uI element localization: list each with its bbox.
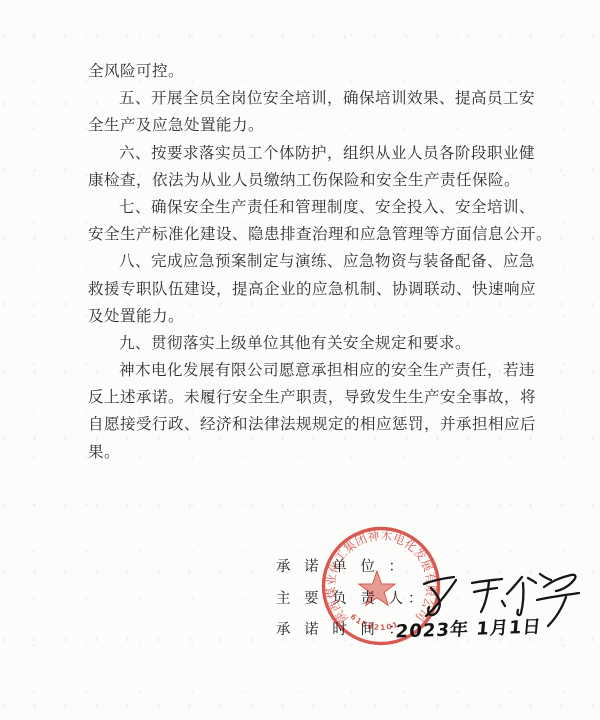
body-line: 反上述承诺。未履行安全生产职责，导致发生生产安全事故，将: [88, 384, 558, 411]
body-line: 六、按要求落实员工个体防护，组织从业人员各阶段职业健: [88, 140, 558, 167]
body-line: 自愿接受行政、经济和法律法规规定的相应惩罚，并承担相应后: [88, 411, 558, 438]
responsible-person-row: 主 要 负 责 人：: [276, 584, 428, 616]
body-line: 神木电化发展有限公司愿意承担相应的安全生产责任，若违: [88, 357, 558, 384]
body-line: 及处置能力。: [88, 303, 558, 330]
commitment-time-label: 承 诺 时 间 ：: [276, 622, 408, 638]
body-line: 五、开展全员全岗位安全培训，确保培训效果、提高员工安: [88, 85, 558, 112]
body-line: 全生产及应急处置能力。: [88, 112, 558, 139]
body-line: 康检查，依法为从业人员缴纳工伤保险和安全生产责任保险。: [88, 167, 558, 194]
body-line: 果。: [88, 439, 558, 466]
body-line: 八、完成应急预案制定与演练、应急物资与装备配备、应急: [88, 248, 558, 275]
commitment-unit-label: 承 诺 单 位 ：: [276, 559, 408, 575]
body-line: 全风险可控。: [88, 58, 558, 85]
body-line: 安全生产标准化建设、隐患排查治理和应急管理等方面信息公开。: [88, 221, 558, 248]
responsible-person-label: 主 要 负 责 人：: [276, 591, 428, 607]
document-page: 全风险可控。 五、开展全员全岗位安全培训，确保培训效果、提高员工安 全生产及应急…: [0, 0, 600, 720]
body-line: 九、贯彻落实上级单位其他有关安全规定和要求。: [88, 330, 558, 357]
body-text: 全风险可控。 五、开展全员全岗位安全培训，确保培训效果、提高员工安 全生产及应急…: [88, 58, 558, 466]
handwritten-date: 2023年 1月1日: [395, 612, 543, 643]
body-line: 救援专职队伍建设，提高企业的应急机制、协调联动、快速响应: [88, 276, 558, 303]
body-line: 七、确保安全生产责任和管理制度、安全投入、安全培训、: [88, 194, 558, 221]
commitment-unit-row: 承 诺 单 位 ：: [276, 552, 428, 584]
